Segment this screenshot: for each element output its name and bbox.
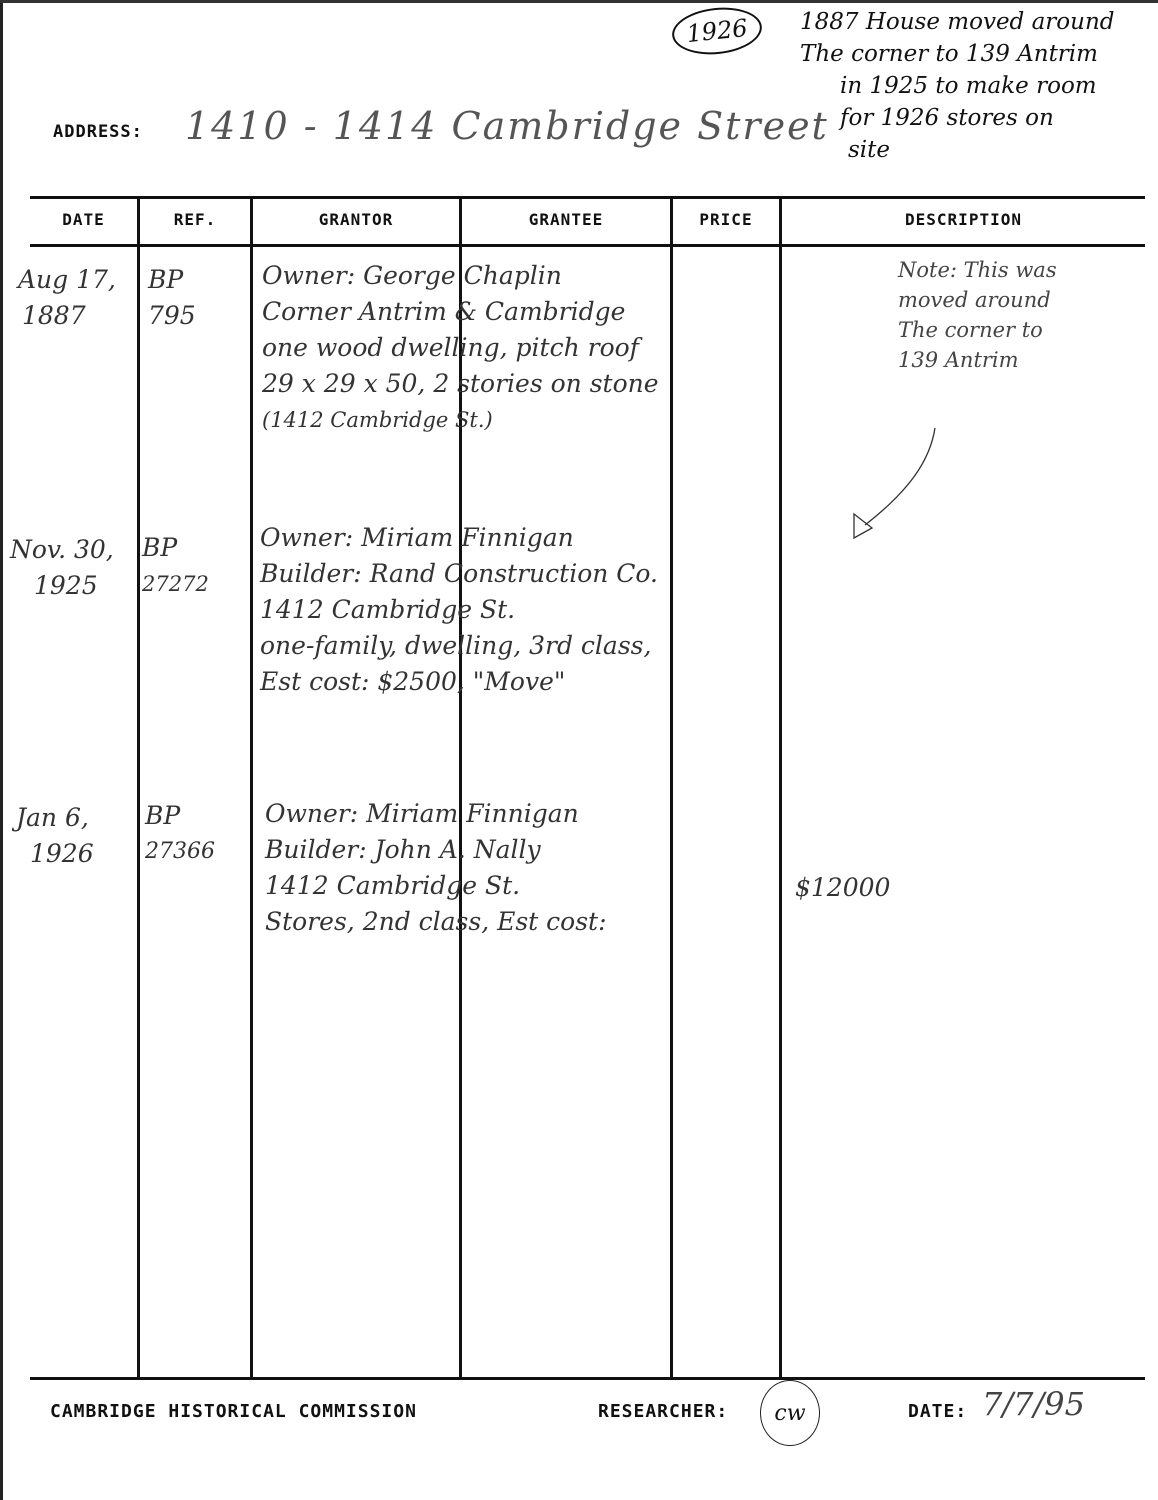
row-date: Nov. 30, 1925 bbox=[10, 532, 114, 604]
row-ref: BP 27366 bbox=[145, 798, 215, 870]
ref-line: BP bbox=[142, 530, 209, 566]
row-entry: Owner: Miriam Finnigan Builder: Rand Con… bbox=[260, 520, 658, 700]
entry-line: Owner: Miriam Finnigan bbox=[265, 796, 607, 832]
row-description-note: Note: This was moved around The corner t… bbox=[898, 255, 1057, 375]
column-header-grantee: GRANTEE bbox=[462, 210, 670, 229]
entry-line: (1412 Cambridge St.) bbox=[262, 402, 659, 438]
column-header-price: PRICE bbox=[673, 210, 779, 229]
arrow-icon bbox=[840, 420, 960, 550]
ref-line: BP bbox=[148, 262, 196, 298]
column-divider bbox=[250, 197, 253, 1378]
row-entry: Owner: Miriam Finnigan Builder: John A. … bbox=[265, 796, 607, 940]
table-bottom-rule bbox=[30, 1377, 1145, 1380]
date-line: Aug 17, bbox=[18, 262, 116, 298]
note-line: The corner to bbox=[898, 315, 1057, 345]
top-note-line: for 1926 stores on bbox=[840, 102, 1155, 134]
date-line: 1925 bbox=[34, 568, 114, 604]
row-date: Jan 6, 1926 bbox=[16, 800, 94, 872]
researcher-initials-text: cw bbox=[774, 1401, 805, 1426]
top-note-line: in 1925 to make room bbox=[840, 70, 1155, 102]
top-note-line: 1887 House moved around bbox=[800, 6, 1155, 38]
address-label: ADDRESS: bbox=[53, 122, 143, 142]
description-line: $12000 bbox=[795, 870, 890, 906]
table-top-rule bbox=[30, 196, 1145, 199]
row-date: Aug 17, 1887 bbox=[18, 262, 116, 334]
column-header-ref: REF. bbox=[140, 210, 250, 229]
entry-line: 29 x 29 x 50, 2 stories on stone bbox=[262, 366, 659, 402]
entry-line: Builder: John A. Nally bbox=[265, 832, 607, 868]
entry-line: 1412 Cambridge St. bbox=[265, 868, 607, 904]
entry-line: Owner: Miriam Finnigan bbox=[260, 520, 658, 556]
ref-line: BP bbox=[145, 798, 215, 834]
column-divider bbox=[670, 197, 673, 1378]
date-label: DATE: bbox=[908, 1401, 967, 1422]
entry-line: one wood dwelling, pitch roof bbox=[262, 330, 659, 366]
entry-line: Owner: George Chaplin bbox=[262, 258, 659, 294]
circled-year-text: 1926 bbox=[685, 14, 749, 48]
address-value: 1410 - 1414 Cambridge Street bbox=[185, 104, 829, 148]
column-divider bbox=[779, 197, 782, 1378]
row-ref: BP 27272 bbox=[142, 530, 209, 602]
date-line: Jan 6, bbox=[16, 800, 94, 836]
entry-line: Builder: Rand Construction Co. bbox=[260, 556, 658, 592]
top-note-line: site bbox=[848, 134, 1155, 166]
row-description: $12000 bbox=[795, 870, 890, 906]
entry-line: one-family, dwelling, 3rd class, bbox=[260, 628, 658, 664]
ref-line: 27272 bbox=[142, 566, 209, 602]
entry-line: Est cost: $2500, "Move" bbox=[260, 664, 658, 700]
note-line: moved around bbox=[898, 285, 1057, 315]
note-line: 139 Antrim bbox=[898, 345, 1057, 375]
ref-line: 27366 bbox=[145, 834, 215, 870]
table-header-rule bbox=[30, 244, 1145, 247]
page-top-edge bbox=[0, 0, 1158, 3]
ref-line: 795 bbox=[148, 298, 196, 334]
date-line: Nov. 30, bbox=[10, 532, 114, 568]
column-header-grantor: GRANTOR bbox=[253, 210, 459, 229]
column-header-description: DESCRIPTION bbox=[782, 210, 1145, 229]
column-header-date: DATE bbox=[30, 210, 137, 229]
top-note-line: The corner to 139 Antrim bbox=[800, 38, 1155, 70]
date-value: 7/7/95 bbox=[982, 1385, 1085, 1423]
organization-name: CAMBRIDGE HISTORICAL COMMISSION bbox=[50, 1401, 417, 1422]
column-divider bbox=[137, 197, 140, 1378]
researcher-label: RESEARCHER: bbox=[598, 1401, 728, 1422]
entry-line: Stores, 2nd class, Est cost: bbox=[265, 904, 607, 940]
top-note: 1887 House moved around The corner to 13… bbox=[800, 6, 1155, 166]
date-line: 1926 bbox=[30, 836, 94, 872]
researcher-initials: cw bbox=[760, 1380, 820, 1446]
note-line: Note: This was bbox=[898, 255, 1057, 285]
entry-line: 1412 Cambridge St. bbox=[260, 592, 658, 628]
row-ref: BP 795 bbox=[148, 262, 196, 334]
circled-year: 1926 bbox=[670, 3, 764, 58]
page-left-edge bbox=[0, 0, 3, 1500]
date-line: 1887 bbox=[22, 298, 116, 334]
row-entry: Owner: George Chaplin Corner Antrim & Ca… bbox=[262, 258, 659, 438]
entry-line: Corner Antrim & Cambridge bbox=[262, 294, 659, 330]
